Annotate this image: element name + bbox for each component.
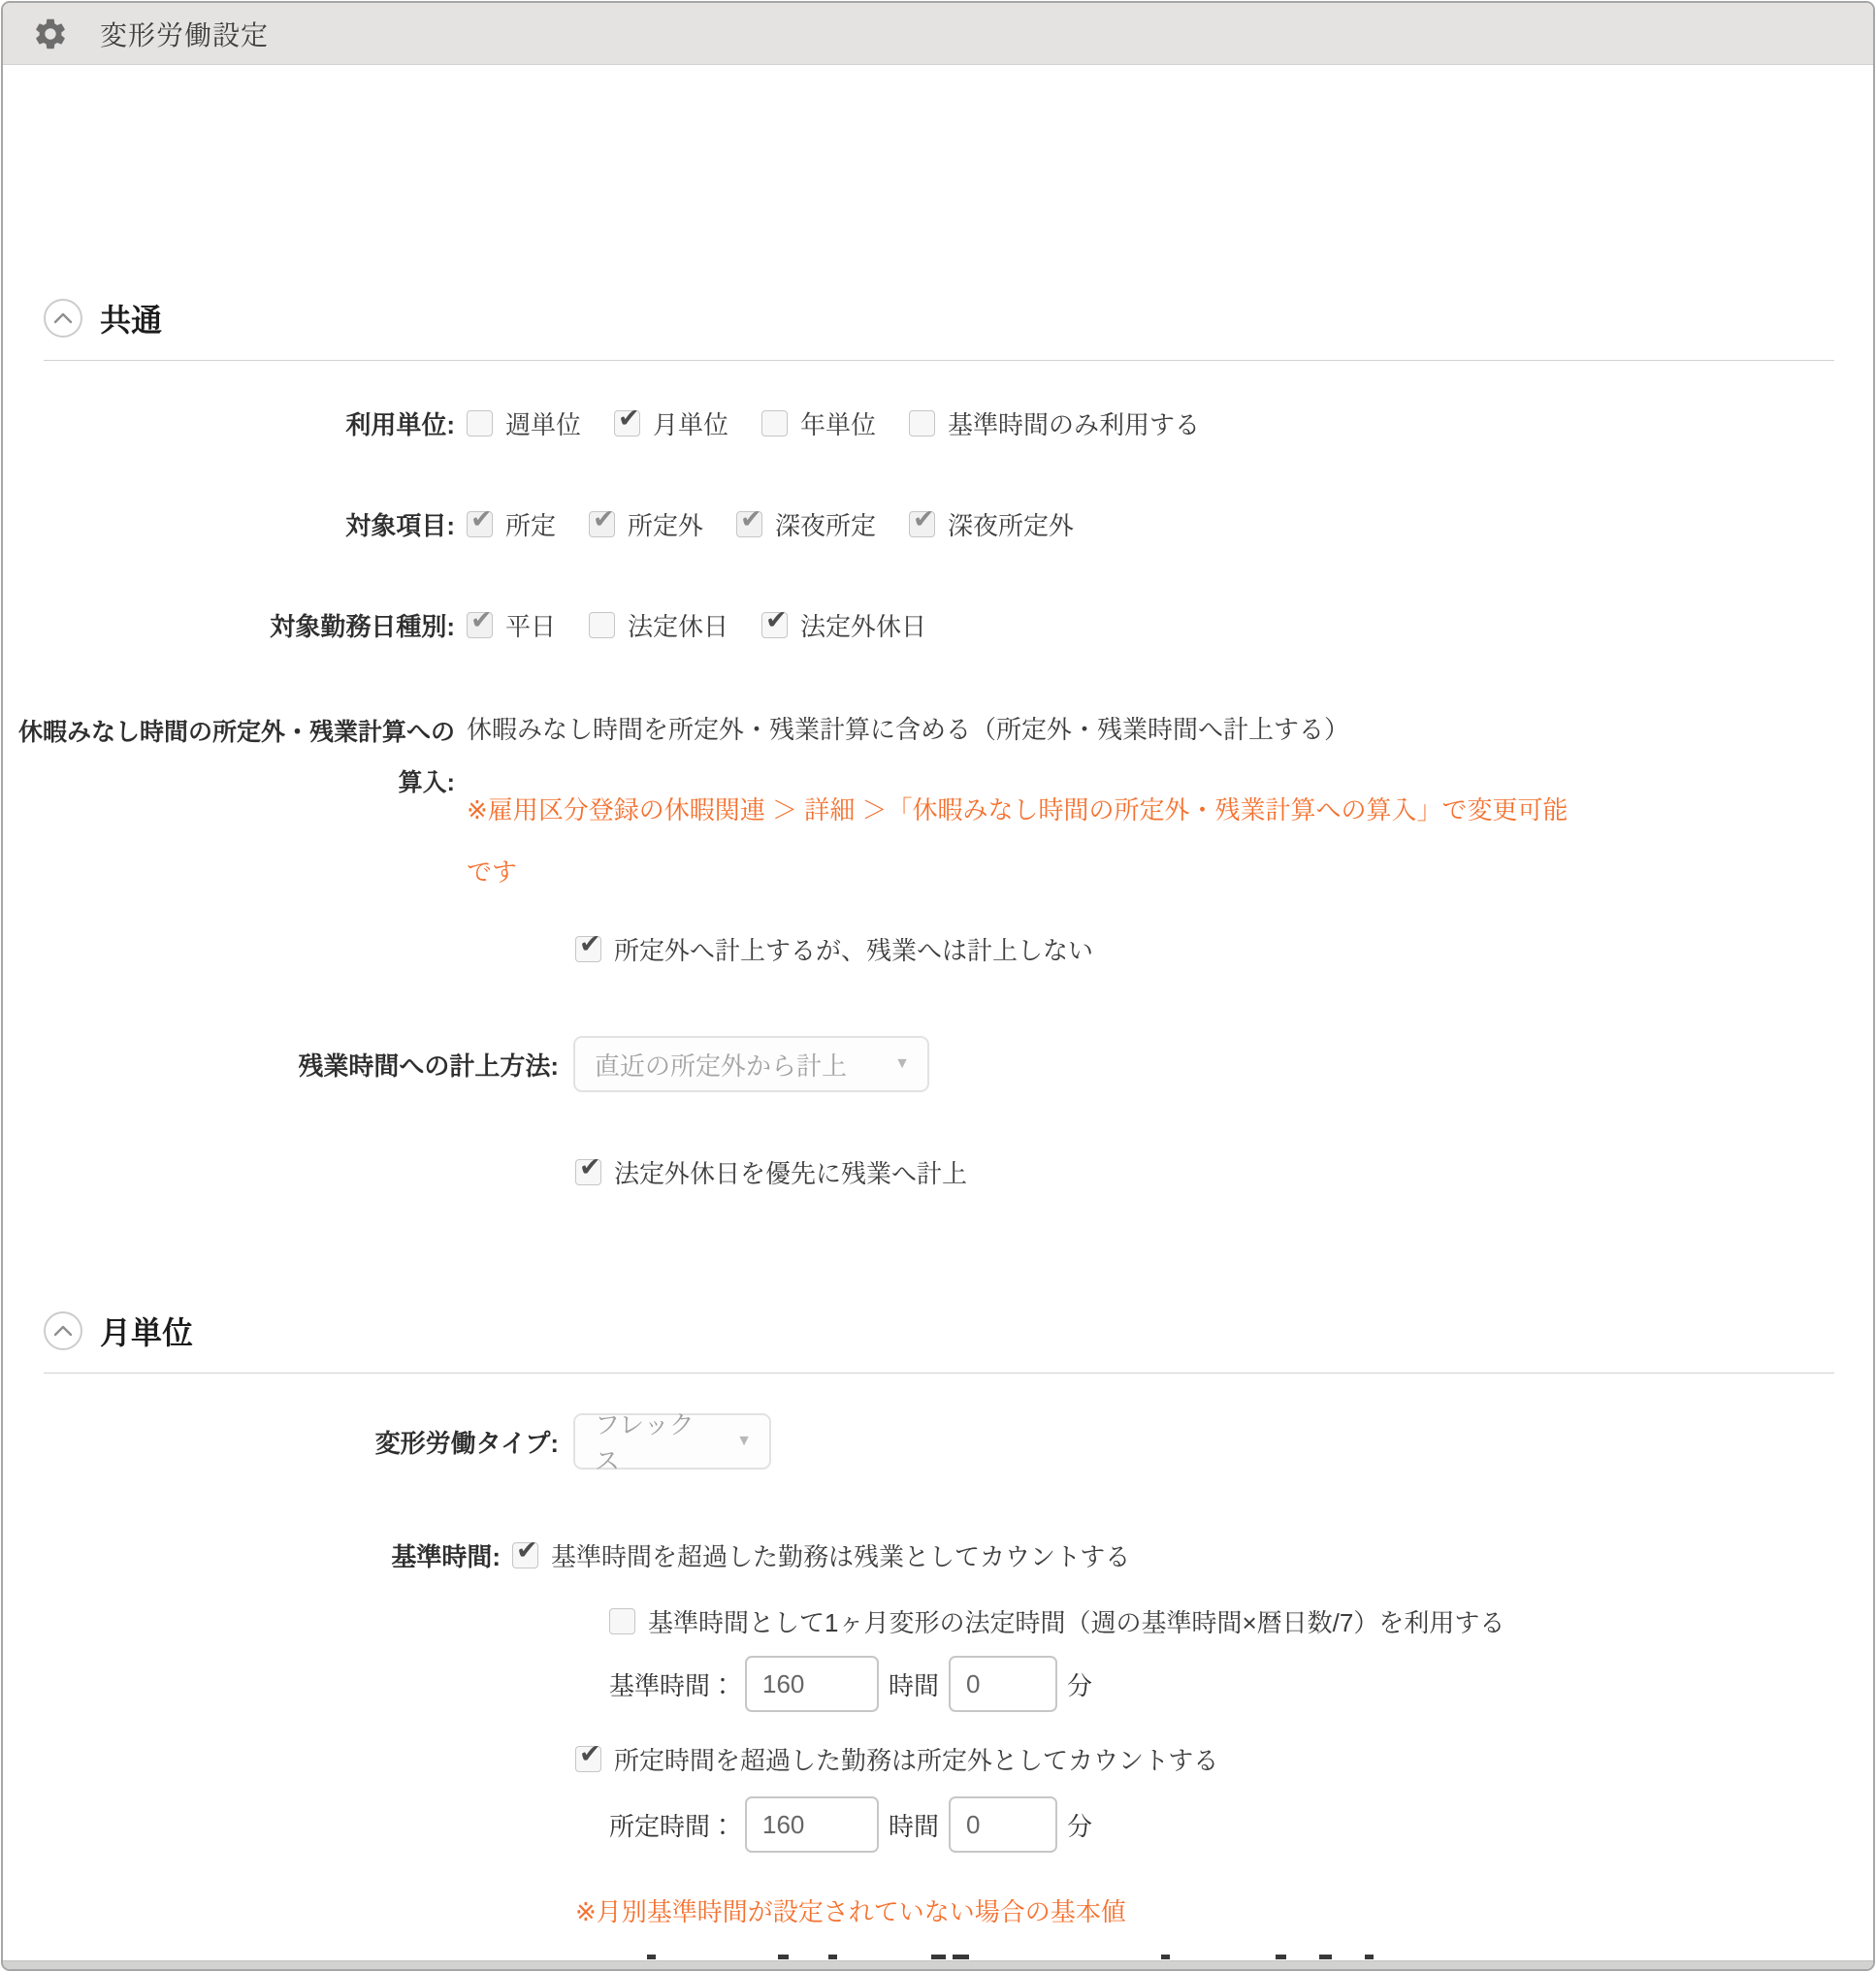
checkbox (909, 511, 935, 537)
leave-deemed-value: 休暇みなし時間を所定外・残業計算に含める（所定外・残業時間へ計上する） (467, 707, 1349, 752)
row-workday-types: 対象勤務日種別: 平日 法定休日 法定外休日 (3, 602, 926, 647)
page-header: 変形労働設定 (3, 3, 1873, 65)
option-non-legal-holiday[interactable]: 法定外休日 (761, 607, 926, 643)
checkbox[interactable] (575, 936, 601, 962)
selected-value: フレックス (595, 1406, 711, 1477)
option-label: 週単位 (505, 405, 581, 441)
standard-minutes-input[interactable] (949, 1656, 1057, 1712)
chevron-up-icon (53, 312, 73, 324)
checkbox[interactable] (512, 1542, 538, 1568)
row-label-standard-time: 基準時間: (3, 1537, 501, 1573)
option-label: 平日 (505, 607, 556, 643)
unit-label-minutes: 分 (1067, 1666, 1092, 1702)
row-use-monthly-legal-time: 基準時間として1ヶ月変形の法定時間（週の基準時間×暦日数/7）を利用する (609, 1599, 1504, 1643)
checkbox[interactable] (589, 612, 615, 638)
scheduled-hours-input[interactable] (745, 1796, 879, 1853)
option-label: 深夜所定 (775, 506, 876, 542)
row-overtime-method: 残業時間への計上方法: 直近の所定外から計上 ▼ (3, 1036, 929, 1092)
option-month-unit[interactable]: 月単位 (614, 405, 728, 441)
checkbox-nonlegal-holiday-priority[interactable]: 法定外休日を優先に残業へ計上 (575, 1154, 967, 1190)
section-title-common: 共通 (100, 296, 162, 340)
option-label: 基準時間のみ利用する (948, 405, 1200, 441)
option-label: 基準時間を超過した勤務は残業としてカウントする (551, 1537, 1130, 1573)
flex-type-select: フレックス ▼ (573, 1413, 771, 1470)
option-scheduled: 所定 (467, 506, 556, 542)
row-label-flex-type: 変形労働タイプ: (3, 1424, 559, 1460)
checkbox[interactable] (609, 1608, 635, 1634)
option-label: 法定外休日を優先に残業へ計上 (614, 1154, 967, 1190)
checkbox[interactable] (761, 410, 788, 436)
checkbox[interactable] (467, 410, 493, 436)
label-line: 算入: (3, 758, 455, 808)
note-line: ※雇用区分登録の休暇関連 ＞ 詳細 ＞「休暇みなし時間の所定外・残業計算への算入… (467, 779, 1568, 841)
option-label: 法定休日 (628, 607, 728, 643)
checkbox (467, 612, 493, 638)
checkbox-count-overtime-over-standard[interactable]: 基準時間を超過した勤務は残業としてカウントする (512, 1537, 1130, 1573)
bottom-scrollbar[interactable] (3, 1960, 1873, 1969)
checkbox-use-monthly-legal-time[interactable]: 基準時間として1ヶ月変形の法定時間（週の基準時間×暦日数/7）を利用する (609, 1603, 1504, 1639)
section-title-monthly: 月単位 (100, 1309, 193, 1353)
collapse-toggle-monthly[interactable] (44, 1311, 82, 1350)
option-weekday: 平日 (467, 607, 556, 643)
input-label-scheduled-time: 所定時間： (609, 1807, 735, 1843)
option-label: 所定 (505, 506, 556, 542)
monthly-standard-time-note: ※月別基準時間が設定されていない場合の基本値 (575, 1892, 1126, 1931)
selected-value: 直近の所定外から計上 (595, 1047, 847, 1083)
leave-deemed-note: ※雇用区分登録の休暇関連 ＞ 詳細 ＞「休暇みなし時間の所定外・残業計算への算入… (467, 779, 1568, 903)
standard-time-content: 基準時間を超過した勤務は残業としてカウントする (512, 1537, 1130, 1573)
checkbox (736, 511, 762, 537)
collapse-toggle-common[interactable] (44, 299, 82, 338)
row-scheduled-time-input: 所定時間： 時間 分 (609, 1796, 1092, 1853)
row-flex-type: 変形労働タイプ: フレックス ▼ (3, 1413, 771, 1470)
label-line: 休暇みなし時間の所定外・残業計算への (3, 707, 455, 758)
unit-label-hours: 時間 (889, 1666, 939, 1702)
checkbox-count-nonscheduled-over-scheduled[interactable]: 所定時間を超過した勤務は所定外としてカウントする (575, 1741, 1218, 1777)
row-usage-unit: 利用単位: 週単位 月単位 年単位 基準時間のみ利用する (3, 401, 1200, 445)
input-label-standard-time: 基準時間： (609, 1666, 735, 1702)
option-label: 所定外へ計上するが、残業へは計上しない (614, 931, 1093, 967)
option-legal-holiday[interactable]: 法定休日 (589, 607, 728, 643)
unit-label-minutes: 分 (1067, 1807, 1092, 1843)
row-leave-deemed-checkbox: 所定外へ計上するが、残業へは計上しない (575, 926, 1093, 971)
dropdown-caret-icon: ▼ (736, 1433, 752, 1450)
row-label-workday-types: 対象勤務日種別: (3, 607, 455, 643)
checkbox[interactable] (575, 1159, 601, 1185)
workday-types-options: 平日 法定休日 法定外休日 (467, 607, 926, 643)
gear-icon (32, 16, 69, 52)
option-label: 所定時間を超過した勤務は所定外としてカウントする (614, 1741, 1218, 1777)
option-label: 所定外 (628, 506, 703, 542)
divider (44, 1373, 1834, 1374)
row-target-items: 対象項目: 所定 所定外 深夜所定 深夜所定外 (3, 501, 1074, 546)
option-standard-time-only[interactable]: 基準時間のみ利用する (909, 405, 1200, 441)
checkbox[interactable] (761, 612, 788, 638)
option-midnight-scheduled: 深夜所定 (736, 506, 876, 542)
row-standard-time: 基準時間: 基準時間を超過した勤務は残業としてカウントする (3, 1533, 1130, 1577)
option-week-unit[interactable]: 週単位 (467, 405, 581, 441)
section-header-common: 共通 (44, 296, 162, 340)
row-standard-time-input: 基準時間： 時間 分 (609, 1656, 1092, 1712)
row-nonlegal-holiday-priority: 法定外休日を優先に残業へ計上 (575, 1149, 967, 1194)
option-label: 法定外休日 (800, 607, 926, 643)
row-label-overtime-method: 残業時間への計上方法: (3, 1047, 559, 1083)
checkbox (467, 511, 493, 537)
divider (44, 360, 1834, 361)
chevron-up-icon (53, 1325, 73, 1337)
checkbox[interactable] (909, 410, 935, 436)
row-label-usage-unit: 利用単位: (3, 405, 455, 441)
option-label: 月単位 (653, 405, 728, 441)
option-label: 深夜所定外 (948, 506, 1074, 542)
dropdown-caret-icon: ▼ (894, 1055, 910, 1073)
option-midnight-non-scheduled: 深夜所定外 (909, 506, 1074, 542)
row-label-leave-deemed: 休暇みなし時間の所定外・残業計算への 算入: (3, 707, 455, 808)
checkbox-count-to-nonscheduled-only[interactable]: 所定外へ計上するが、残業へは計上しない (575, 931, 1093, 967)
row-label-target-items: 対象項目: (3, 506, 455, 542)
usage-unit-options: 週単位 月単位 年単位 基準時間のみ利用する (467, 405, 1200, 441)
checkbox[interactable] (614, 410, 640, 436)
checkbox (589, 511, 615, 537)
overtime-method-select: 直近の所定外から計上 ▼ (573, 1036, 929, 1092)
scheduled-minutes-input[interactable] (949, 1796, 1057, 1853)
target-items-options: 所定 所定外 深夜所定 深夜所定外 (467, 506, 1074, 542)
option-label: 基準時間として1ヶ月変形の法定時間（週の基準時間×暦日数/7）を利用する (648, 1603, 1504, 1639)
page-title: 変形労働設定 (100, 15, 269, 53)
settings-window: 変形労働設定 共通 利用単位: 週単位 月単位 年単位 (1, 1, 1875, 1971)
checkbox[interactable] (575, 1746, 601, 1772)
note-line: です (467, 841, 1568, 903)
option-year-unit[interactable]: 年単位 (761, 405, 876, 441)
option-label: 年単位 (800, 405, 876, 441)
section-header-monthly: 月単位 (44, 1309, 193, 1353)
option-non-scheduled: 所定外 (589, 506, 703, 542)
unit-label-hours: 時間 (889, 1807, 939, 1843)
row-count-nonscheduled: 所定時間を超過した勤務は所定外としてカウントする (575, 1736, 1218, 1781)
standard-hours-input[interactable] (745, 1656, 879, 1712)
